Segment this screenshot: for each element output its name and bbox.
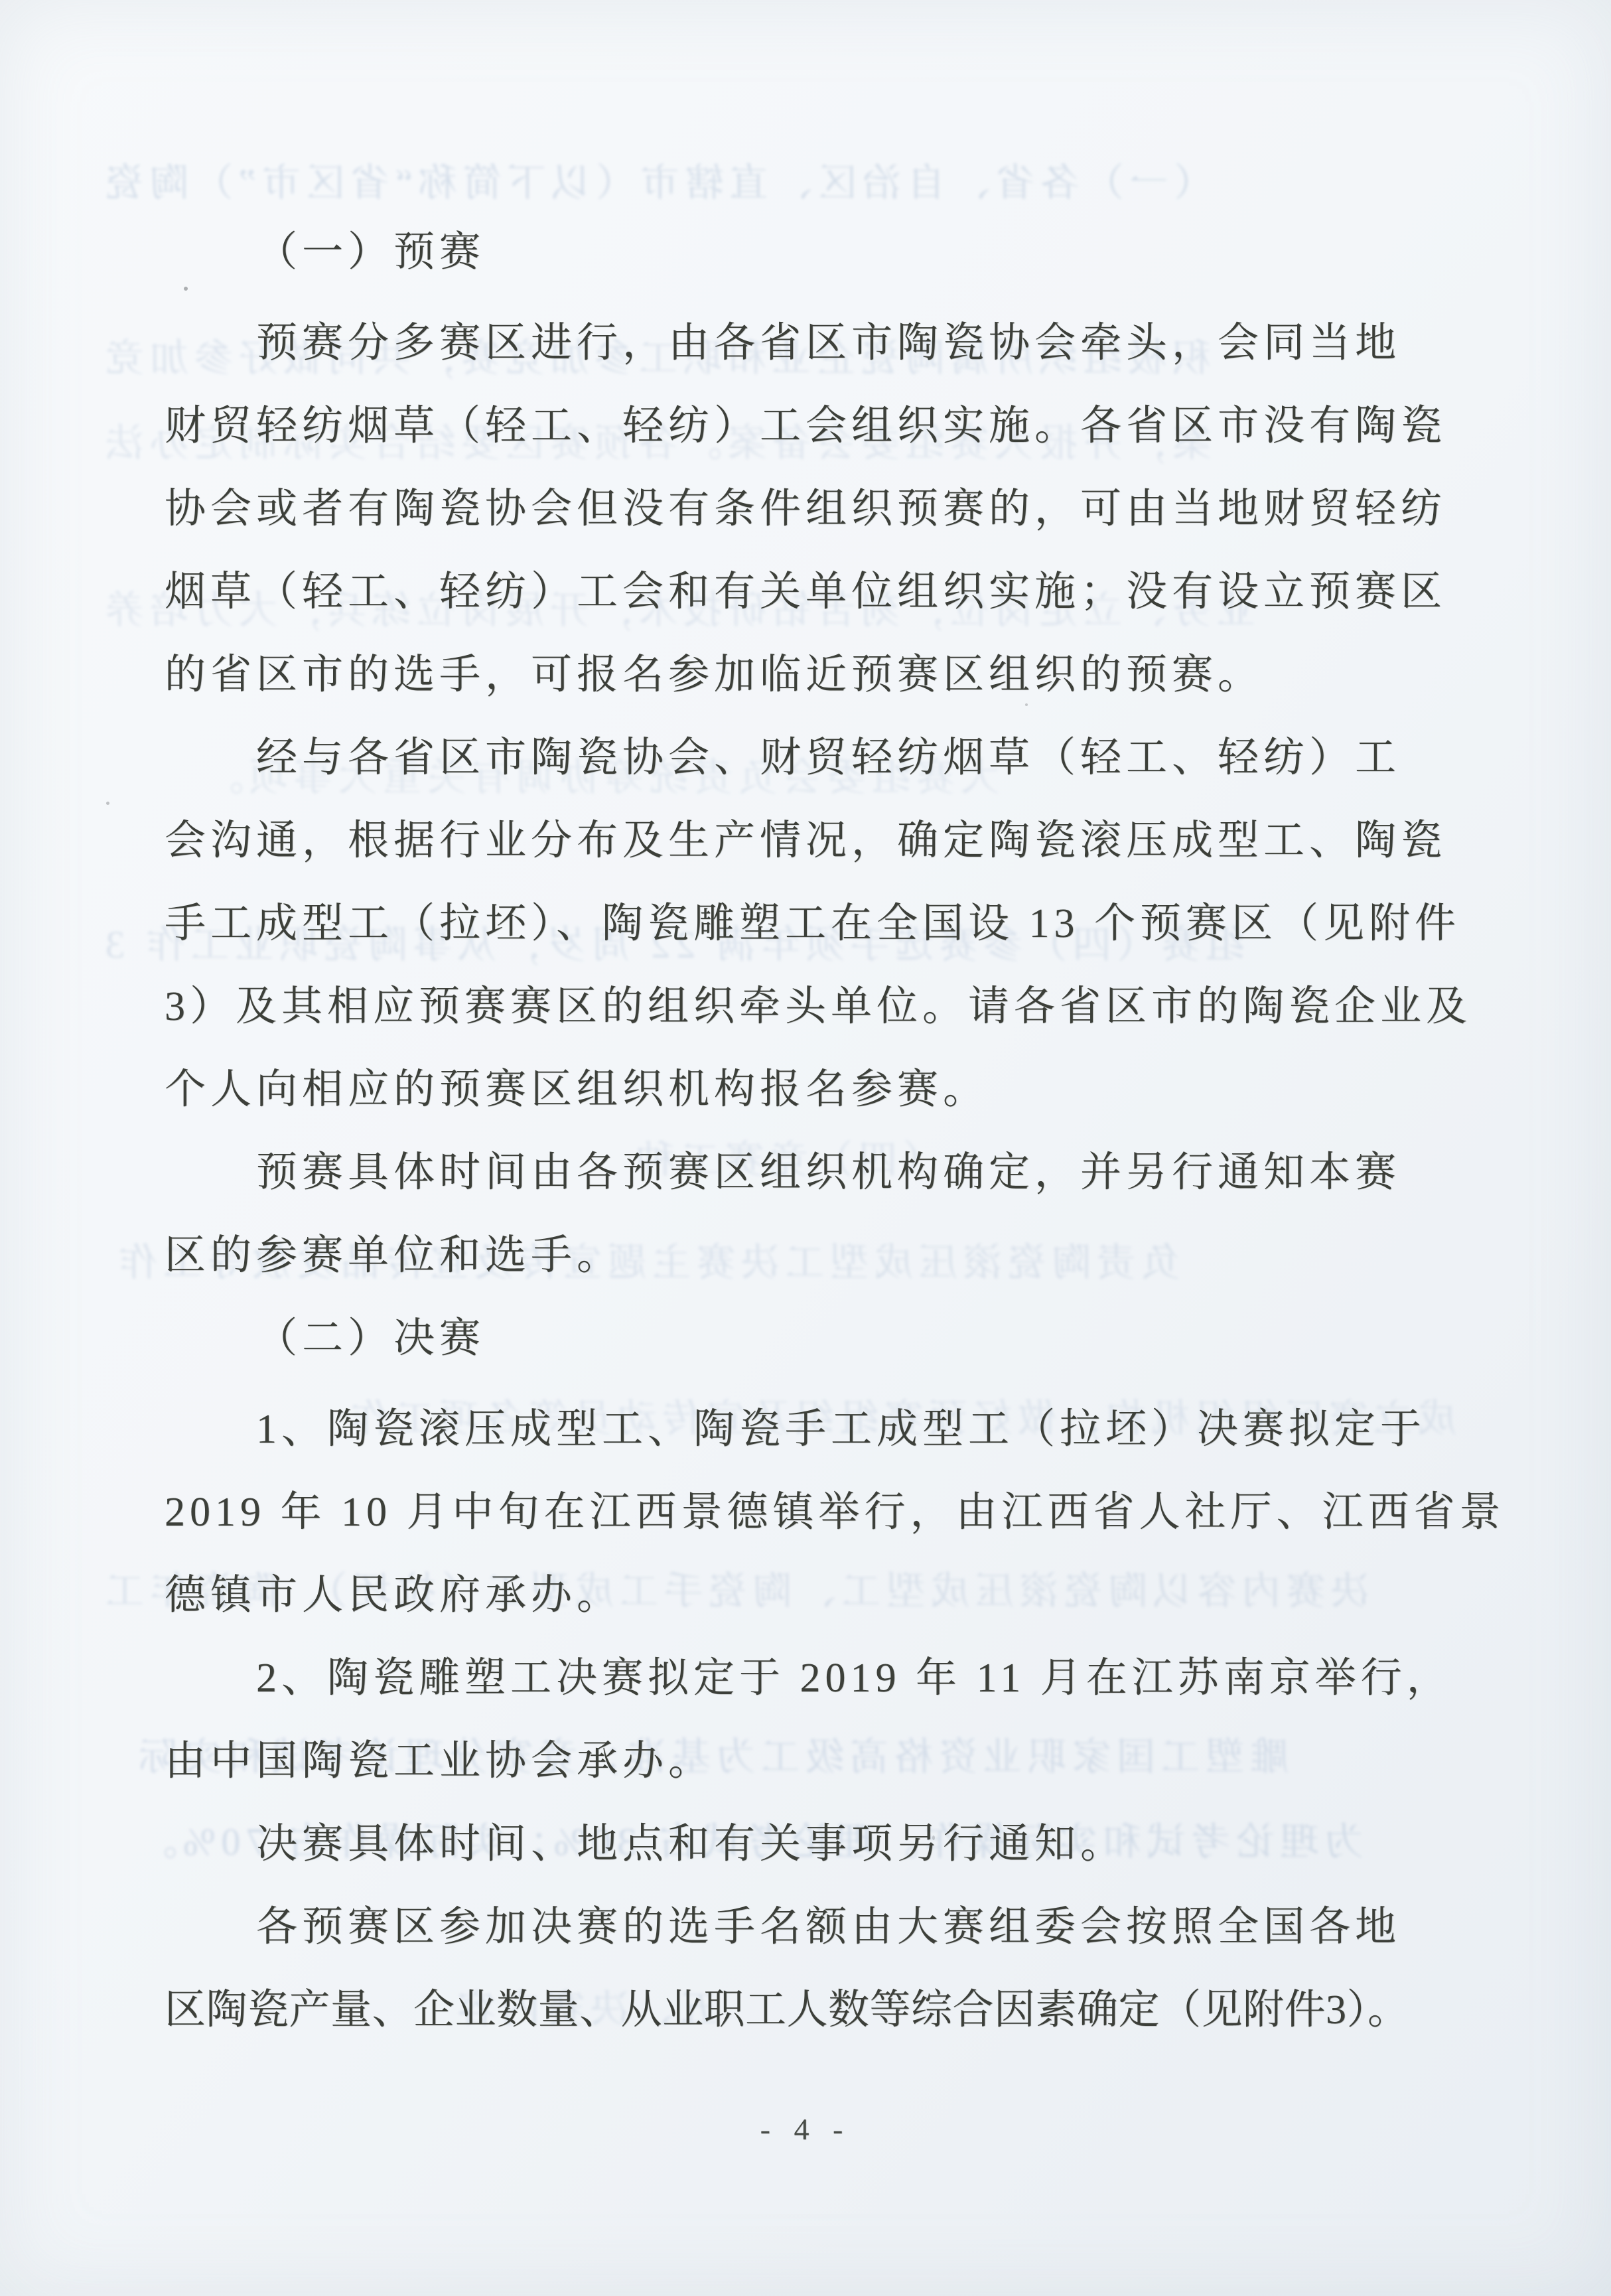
doc-line: 1、陶瓷滚压成型工、陶瓷手工成型工（拉坯）决赛拟定于	[165, 1388, 1448, 1471]
doc-line: 预赛分多赛区进行，由各省区市陶瓷协会牵头，会同当地	[165, 302, 1448, 385]
doc-line: 3）及其相应预赛赛区的组织牵头单位。请各省区市的陶瓷企业及	[165, 966, 1448, 1048]
doc-line: 由中国陶瓷工业协会承办。	[165, 1720, 1448, 1803]
doc-line: 决赛具体时间、地点和有关事项另行通知。	[165, 1803, 1448, 1886]
doc-line: 区陶瓷产量、企业数量、从业职工人数等综合因素确定（见附件3）。	[165, 1969, 1448, 2052]
doc-line: 手工成型工（拉坯）、陶瓷雕塑工在全国设 13 个预赛区（见附件	[165, 883, 1448, 966]
doc-line: 会沟通，根据行业分布及生产情况，确定陶瓷滚压成型工、陶瓷	[165, 800, 1448, 883]
scan-speck	[106, 802, 109, 805]
page-number: - 4 -	[0, 2112, 1611, 2147]
doc-line: 预赛具体时间由各预赛区组织机构确定，并另行通知本赛	[165, 1131, 1448, 1214]
doc-line: 的省区市的选手，可报名参加临近预赛区组织的预赛。	[165, 634, 1448, 717]
scanned-document-page: （一）各省、自治区、直辖市（以下简称“省区市”）陶瓷 积极组织所属陶瓷企业和职工…	[0, 0, 1611, 2296]
doc-line: 经与各省区市陶瓷协会、财贸轻纺烟草（轻工、轻纺）工	[165, 717, 1448, 800]
doc-line: 个人向相应的预赛区组织机构报名参赛。	[165, 1048, 1448, 1131]
document-body: （一）预赛 预赛分多赛区进行，由各省区市陶瓷协会牵头，会同当地 财贸轻纺烟草（轻…	[165, 211, 1448, 2052]
doc-line: 区的参赛单位和选手。	[165, 1214, 1448, 1297]
bleedthrough-text: （一）各省、自治区、直辖市（以下简称“省区市”）陶瓷	[100, 151, 1213, 207]
doc-line: 2019 年 10 月中旬在江西景德镇举行，由江西省人社厅、江西省景	[165, 1471, 1448, 1554]
doc-line: 德镇市人民政府承办。	[165, 1554, 1448, 1637]
doc-line: 财贸轻纺烟草（轻工、轻纺）工会组织实施。各省区市没有陶瓷	[165, 385, 1448, 468]
section-heading: （一）预赛	[165, 211, 1448, 294]
doc-line: 烟草（轻工、轻纺）工会和有关单位组织实施；没有设立预赛区	[165, 551, 1448, 634]
doc-line: 协会或者有陶瓷协会但没有条件组织预赛的，可由当地财贸轻纺	[165, 468, 1448, 551]
section-heading: （二）决赛	[165, 1297, 1448, 1380]
doc-line: 各预赛区参加决赛的选手名额由大赛组委会按照全国各地	[165, 1886, 1448, 1969]
doc-line: 2、陶瓷雕塑工决赛拟定于 2019 年 11 月在江苏南京举行，	[165, 1637, 1448, 1720]
